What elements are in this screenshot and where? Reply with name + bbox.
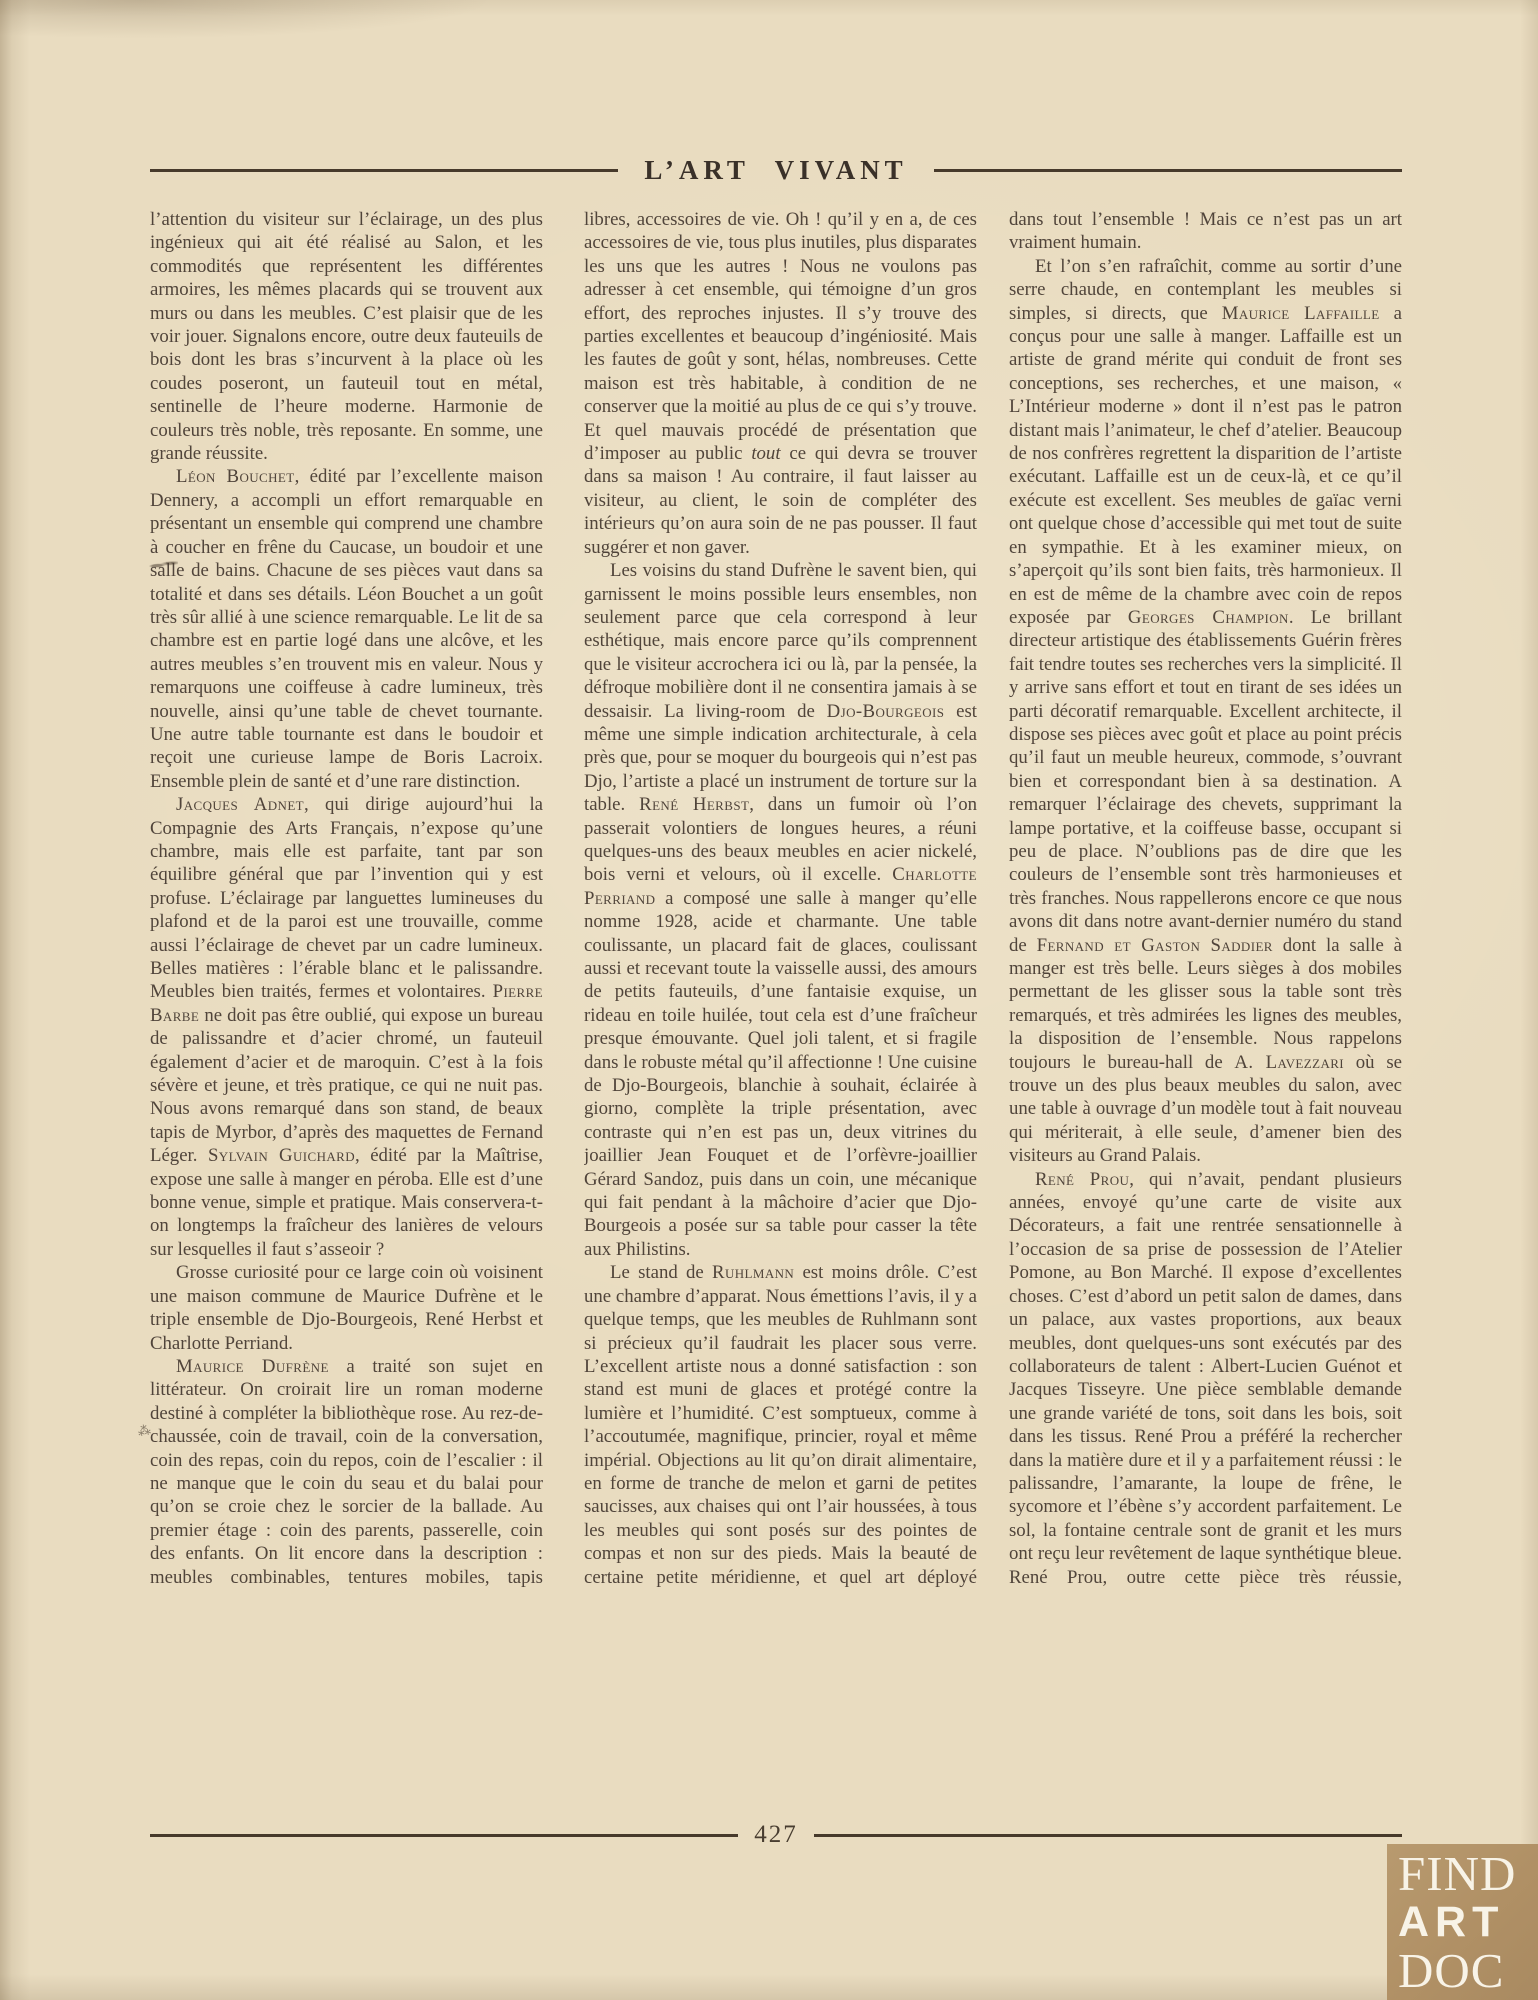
- paragraph: Et l’on s’en rafraîchit, comme au sortir…: [1009, 255, 1402, 1168]
- designer-name-smallcaps: René Herbst: [639, 794, 749, 815]
- magazine-page-scan: L’ART VIVANT l’attention du visiteur sur…: [0, 0, 1538, 2000]
- paragraph: l’attention du visiteur sur l’éclairage,…: [150, 208, 543, 465]
- page-footer: 427: [150, 1822, 1402, 1849]
- page-number: 427: [754, 1822, 798, 1849]
- paragraph: Grosse curiosité pour ce large coin où v…: [150, 1261, 543, 1355]
- designer-name-smallcaps: Djo-Bourgeois: [827, 701, 945, 722]
- watermark-line-find: FIND: [1398, 1850, 1538, 1898]
- page-title: L’ART VIVANT: [644, 155, 907, 186]
- paragraph: dans tout l’ensemble ! Mais ce n’est pas…: [1009, 208, 1402, 255]
- designer-name-smallcaps: Pierre Barbe: [150, 981, 543, 1025]
- italic-word: tout: [751, 443, 780, 464]
- paragraph: Jacques Adnet, qui dirige aujourd’hui la…: [150, 793, 543, 1261]
- paragraph: Les voisins du stand Dufrène le savent b…: [584, 559, 977, 1261]
- paragraph: libres, accessoires de vie. Oh ! qu’il y…: [584, 208, 977, 559]
- designer-name-smallcaps: Léon Bouchet: [176, 466, 295, 487]
- masthead-rule-right: [934, 169, 1402, 172]
- printers-mark: ⁂: [137, 1423, 154, 1441]
- paragraph: Maurice Dufrène a traité son sujet en li…: [150, 1355, 543, 1589]
- designer-name-smallcaps: Jacques Adnet: [176, 794, 304, 815]
- designer-name-smallcaps: Maurice Dufrène: [176, 1356, 329, 1377]
- article-column-2: libres, accessoires de vie. Oh ! qu’il y…: [584, 208, 977, 1820]
- designer-name-smallcaps: Charlotte Perriand: [584, 864, 977, 908]
- watermark-line-art: ART: [1398, 1898, 1538, 1947]
- paragraph: Le stand de Ruhlmann est moins drôle. C’…: [584, 1261, 977, 1589]
- article-column-3: dans tout l’ensemble ! Mais ce n’est pas…: [1009, 208, 1402, 1820]
- footer-rule-left: [150, 1834, 738, 1837]
- designer-name-smallcaps: Maurice Laffaille: [1222, 303, 1380, 324]
- masthead: L’ART VIVANT: [150, 155, 1402, 186]
- paragraph: Léon Bouchet, édité par l’excellente mai…: [150, 465, 543, 793]
- designer-name-smallcaps: Fernand et Gaston Saddier: [1037, 935, 1273, 956]
- masthead-rule-left: [150, 169, 618, 172]
- designer-name-smallcaps: Sylvain Guichard: [208, 1145, 355, 1166]
- watermark-line-doc: DOC: [1398, 1947, 1538, 1995]
- designer-name-smallcaps: A. Lavezzari: [1234, 1052, 1344, 1073]
- article-column-1: l’attention du visiteur sur l’éclairage,…: [150, 208, 543, 1820]
- footer-rule-right: [814, 1834, 1402, 1837]
- designer-name-smallcaps: Georges Champion: [1128, 607, 1289, 628]
- designer-name-smallcaps: René Prou: [1035, 1169, 1129, 1190]
- paragraph: René Prou, qui n’avait, pendant plusieur…: [1009, 1168, 1402, 1589]
- designer-name-smallcaps: Ruhlmann: [712, 1262, 794, 1283]
- find-art-doc-watermark: FIND ART DOC: [1387, 1844, 1538, 2000]
